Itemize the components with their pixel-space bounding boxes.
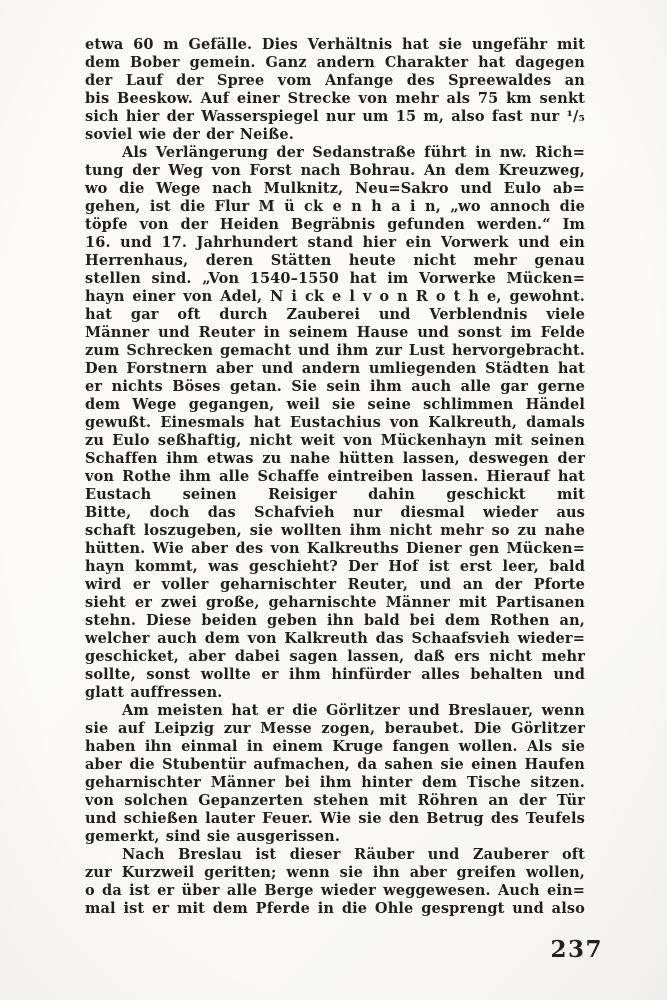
paragraph: Am meisten hat er die Görlitzer und Bres… (85, 702, 585, 846)
text-line: soviel wie der der Neiße. (85, 126, 585, 144)
text-line: sie auf Leipzig zur Messe zogen, beraube… (85, 720, 585, 738)
text-line: mal ist er mit dem Pferde in die Ohle ge… (85, 900, 585, 918)
text-line: und schießen lauter Feuer. Wie sie den B… (85, 810, 585, 828)
text-line: aber die Stubentür aufmachen, da sahen s… (85, 756, 585, 774)
text-line: stehn. Diese beiden geben ihn bald bei d… (85, 612, 585, 630)
text-line: dem Bober gemein. Ganz andern Charakter … (85, 54, 585, 72)
text-line: etwa 60 m Gefälle. Dies Verhältnis hat s… (85, 36, 585, 54)
paragraph: Nach Breslau ist dieser Räuber und Zaube… (85, 846, 585, 918)
text-line: sich hier der Wasserspiegel nur um 15 m,… (85, 108, 585, 126)
scanned-book-page: etwa 60 m Gefälle. Dies Verhältnis hat s… (0, 0, 667, 1000)
text-line: dem Wege gegangen, weil sie seine schlim… (85, 396, 585, 414)
body-text: etwa 60 m Gefälle. Dies Verhältnis hat s… (85, 36, 585, 918)
text-line: geschicket, aber dabei sagen lassen, daß… (85, 648, 585, 666)
paragraph: Als Verlängerung der Sedanstraße führt i… (85, 144, 585, 702)
text-line: Bitte, doch das Schafvieh nur diesmal wi… (85, 504, 585, 522)
text-line: wo die Wege nach Mulknitz, Neu=Sakro und… (85, 180, 585, 198)
text-line: wird er voller geharnischter Reuter, und… (85, 576, 585, 594)
text-line: töpfe von der Heiden Begräbnis gefunden … (85, 216, 585, 234)
text-line: sieht er zwei große, geharnischte Männer… (85, 594, 585, 612)
text-line: hat gar oft durch Zauberei und Verblendn… (85, 306, 585, 324)
page-number: 237 (550, 936, 603, 963)
text-line: stellen sind. „Von 1540–1550 hat im Vorw… (85, 270, 585, 288)
paragraph: etwa 60 m Gefälle. Dies Verhältnis hat s… (85, 36, 585, 144)
text-line: der Lauf der Spree vom Anfange des Spree… (85, 72, 585, 90)
text-line: haben ihn einmal in einem Kruge fangen w… (85, 738, 585, 756)
text-line: Männer und Reuter in seinem Hause und so… (85, 324, 585, 342)
text-line: bis Beeskow. Auf einer Strecke von mehr … (85, 90, 585, 108)
text-line: welcher auch dem von Kalkreuth das Schaa… (85, 630, 585, 648)
text-line: sollte, sonst wollte er ihm hinfürder al… (85, 666, 585, 684)
text-line: Als Verlängerung der Sedanstraße führt i… (85, 144, 585, 162)
text-line: zum Schrecken gemacht und ihm zur Lust h… (85, 342, 585, 360)
text-line: o da ist er über alle Berge wieder wegge… (85, 882, 585, 900)
text-line: Am meisten hat er die Görlitzer und Bres… (85, 702, 585, 720)
text-line: hayn kommt, was geschieht? Der Hof ist e… (85, 558, 585, 576)
text-line: Nach Breslau ist dieser Räuber und Zaube… (85, 846, 585, 864)
text-line: glatt auffressen. (85, 684, 585, 702)
text-line: Den Forstnern aber und andern umliegende… (85, 360, 585, 378)
text-line: gemerkt, sind sie ausgerissen. (85, 828, 585, 846)
text-line: zu Eulo seßhaftig, nicht weit von Mücken… (85, 432, 585, 450)
text-line: 16. und 17. Jahrhundert stand hier ein V… (85, 234, 585, 252)
text-line: zur Kurzweil geritten; wenn sie ihn aber… (85, 864, 585, 882)
text-line: er nichts Böses getan. Sie sein ihm auch… (85, 378, 585, 396)
text-line: schaft loszugeben, sie wollten ihm nicht… (85, 522, 585, 540)
text-line: von Rothe ihm alle Schaffe eintreiben la… (85, 468, 585, 486)
text-line: geharnischter Männer bei ihm hinter dem … (85, 774, 585, 792)
text-line: Herrenhaus, deren Stätten heute nicht me… (85, 252, 585, 270)
text-line: Schaffen ihm etwas zu nahe hütten lassen… (85, 450, 585, 468)
text-line: hayn einer von Adel, N i ck e l v o n R … (85, 288, 585, 306)
text-line: Eustach seinen Reisiger dahin geschickt … (85, 486, 585, 504)
text-line: tung der Weg von Forst nach Bohrau. An d… (85, 162, 585, 180)
text-line: hütten. Wie aber des von Kalkreuths Dien… (85, 540, 585, 558)
text-line: gewußt. Einesmals hat Eustachius von Kal… (85, 414, 585, 432)
text-line: gehen, ist die Flur M ü ck e n h a i n, … (85, 198, 585, 216)
text-line: von solchen Gepanzerten stehen mit Röhre… (85, 792, 585, 810)
